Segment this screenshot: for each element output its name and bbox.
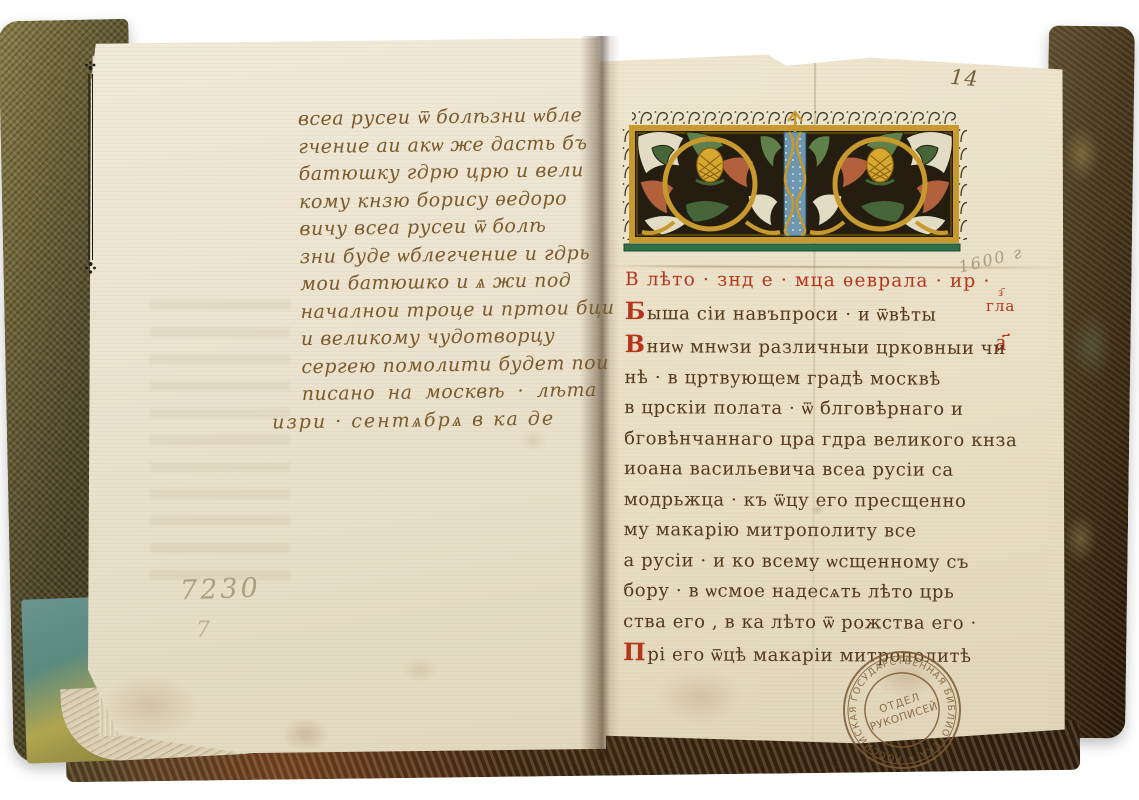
- ink-bleedthrough: [150, 300, 290, 580]
- center-column: [784, 132, 806, 236]
- text-line: Быша сіи навъпроси · и ѿвѣты: [625, 296, 965, 331]
- pinecone-right: [867, 148, 894, 182]
- text-line: началнои троце и пртои бци: [300, 294, 606, 326]
- printed-rule-strip: [82, 60, 98, 275]
- line-text: бговѣнчаннаго цра гдра великого кнза: [624, 428, 1017, 451]
- fringe-right: [958, 128, 967, 240]
- text-line: му макарію митрополиту все: [624, 515, 964, 547]
- text-line: и великому чудотворцу: [301, 322, 607, 354]
- text-line: модрьжца · къ ѿцу его пресщенно: [624, 485, 964, 517]
- line-text: бору · в ѡсмое надесѧть лѣто црь: [623, 580, 954, 603]
- text-line: вичу всеа русеи ѿ болѣ: [299, 212, 605, 244]
- left-page-text: всеа русеи ѿ болѣзни ѡбле гчение аи акѡ …: [298, 102, 609, 436]
- line-text: а русіи · и ко всему ѡсщенному съ: [623, 550, 969, 573]
- text-line: нѣ · в цртвующем градѣ москвѣ: [624, 363, 964, 395]
- line-text: ыша сіи навъпроси · и ѿвѣты: [647, 303, 937, 326]
- ground-bar: [624, 244, 960, 251]
- floret-bottom: [85, 262, 96, 274]
- text-line: сергею помолити будет пои: [301, 349, 607, 381]
- headpiece-ornament: [622, 108, 968, 266]
- text-line: бговѣнчаннаго цра гдра великого кнза: [624, 424, 964, 456]
- line-text: в црскіи полата · ѿ блговѣрнаго и: [624, 397, 963, 420]
- pencil-foliation: 7230: [179, 573, 261, 607]
- right-page-text: В лѣто · знд е · мца ѳеврала · ир · Быша…: [623, 265, 965, 672]
- text-line: батюшку гдрю црю и вели: [298, 157, 604, 189]
- text-line: кому кнзю борису ѳедоро: [299, 184, 605, 216]
- pinecone-left: [697, 148, 724, 182]
- floret-top: [85, 61, 95, 70]
- line-text: иоана васильевича всеа русіи са: [624, 458, 954, 481]
- pencil-foliation-2: 7: [196, 618, 210, 643]
- text-line: иоана васильевича всеа русіи са: [624, 454, 964, 486]
- line-text: модрьжца · къ ѿцу его пресщенно: [624, 489, 967, 512]
- text-line: всеа русеи ѿ болѣзни ѡбле: [298, 102, 604, 134]
- rubricated-initial: В: [625, 329, 646, 358]
- folio-number: 14: [949, 65, 980, 91]
- line-text: ства его , в ка лѣто ѿ рожства его ·: [623, 611, 977, 634]
- text-line: зни буде ѡблегчение и гдрь: [300, 239, 606, 271]
- text-line: бору · в ѡсмое надесѧть лѣто црь: [623, 576, 963, 608]
- text-line: мои батюшко и ѧ жи под: [300, 267, 606, 299]
- line-text: нѣ · в цртвующем градѣ москвѣ: [624, 367, 940, 390]
- gloss-word: гла: [986, 299, 1015, 315]
- text-line: изри · сентѧбрѧ в ка де: [272, 404, 608, 436]
- text-line: писано на москвѣ · лѣта: [302, 377, 608, 409]
- text-line: а русіи · и ко всему ѡсщенному съ: [623, 546, 963, 578]
- rubricated-initial: Б: [625, 296, 646, 325]
- line-text: ниѡ мнѡзи различныи црковныи чи: [646, 336, 1005, 359]
- rubricated-initial: П: [623, 637, 646, 666]
- text-line: Вниѡ мнѡзи различныи црковныи чи: [625, 329, 965, 364]
- manuscript-photo: всеа русеи ѿ болѣзни ѡбле гчение аи акѡ …: [0, 0, 1139, 800]
- line-text: му макарію митрополиту все: [624, 519, 917, 542]
- text-line: ства его , в ка лѣто ѿ рожства его ·: [623, 607, 963, 639]
- rubric-heading: В лѣто · знд е · мца ѳеврала · ир ·: [625, 265, 965, 297]
- text-line: в црскіи полата · ѿ блговѣрнаго и: [624, 393, 964, 425]
- text-line: гчение аи акѡ же дасть бъ: [298, 129, 604, 161]
